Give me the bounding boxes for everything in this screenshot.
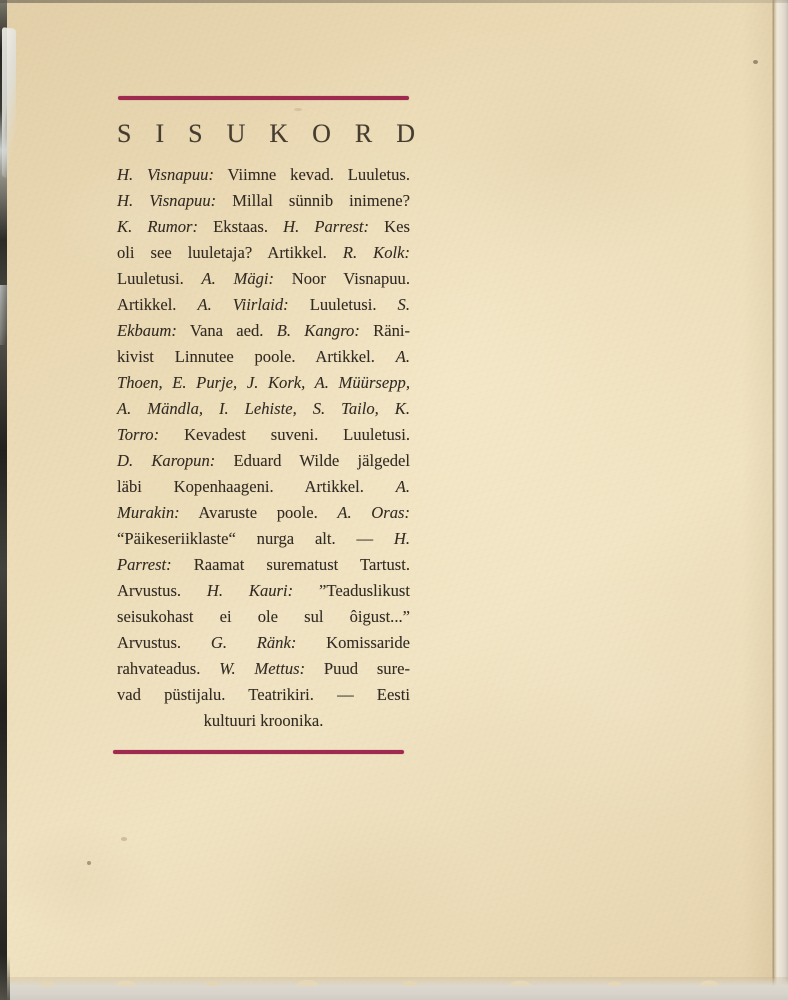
toc-line: Arvustus. G. Ränk: Komissaride: [117, 630, 410, 656]
toc-line: vad püstijalu. Teatrikiri. — Eesti: [117, 682, 410, 708]
entry-text: Millal sünnib inimene?: [216, 191, 410, 210]
page-title: SISUKORD: [117, 119, 437, 149]
author-name: D. Karopun:: [117, 451, 215, 470]
page-edge-line: [772, 0, 774, 1000]
entry-text: Eduard Wilde jälgedel: [215, 451, 410, 470]
author-name: Ekbaum:: [117, 321, 177, 340]
scan-edge-right: [773, 0, 788, 1000]
paper-speck: [753, 60, 758, 64]
author-name: A.: [396, 477, 410, 496]
author-name: H.: [394, 529, 410, 548]
paper-speck: [121, 837, 127, 841]
entry-text: Arvustus.: [117, 581, 207, 600]
author-name: G. Ränk:: [211, 633, 297, 652]
author-name: A. Mägi:: [202, 269, 275, 288]
entry-text: Raamat surematust Tartust.: [172, 555, 410, 574]
toc-line: Murakin: Avaruste poole. A. Oras:: [117, 500, 410, 526]
entry-text: Puud sure-: [305, 659, 410, 678]
author-name: R. Kolk:: [343, 243, 410, 262]
author-name: Murakin:: [117, 503, 180, 522]
toc-line: kultuuri kroonika.: [117, 708, 410, 734]
toc-line: D. Karopun: Eduard Wilde jälgedel: [117, 448, 410, 474]
toc-line: Thoen, E. Purje, J. Kork, A. Müürsepp,: [117, 370, 410, 396]
entry-text: kultuuri kroonika.: [204, 711, 324, 730]
scan-corner-shadow: [0, 940, 10, 1000]
entry-text: läbi Kopenhaageni. Artikkel.: [117, 477, 396, 496]
entry-text: Avaruste poole.: [180, 503, 338, 522]
entry-text: rahvateadus.: [117, 659, 219, 678]
scan-edge-top: [0, 0, 788, 3]
paper-speck: [87, 861, 91, 865]
author-name: A.: [396, 347, 410, 366]
author-name: H. Visnapuu:: [117, 191, 216, 210]
toc-line: Artikkel. A. Viirlaid: Luuletusi. S.: [117, 292, 410, 318]
toc-line: seisukohast ei ole sul ôigust...”: [117, 604, 410, 630]
author-name: K. Rumor:: [117, 217, 198, 236]
toc-line: “Päikeseriiklaste“ nurga alt. — H.: [117, 526, 410, 552]
entry-text: Räni-: [360, 321, 410, 340]
toc-line: läbi Kopenhaageni. Artikkel. A.: [117, 474, 410, 500]
toc-line: kivist Linnutee poole. Artikkel. A.: [117, 344, 410, 370]
entry-text: ”Teaduslikust: [293, 581, 410, 600]
entry-text: seisukohast ei ole sul ôigust...”: [117, 607, 410, 626]
entry-text: Luuletusi.: [117, 269, 202, 288]
author-name: W. Mettus:: [219, 659, 305, 678]
entry-text: Kes: [369, 217, 410, 236]
entry-text: oli see luuletaja? Artikkel.: [117, 243, 343, 262]
toc-line: Ekbaum: Vana aed. B. Kangro: Räni-: [117, 318, 410, 344]
entry-text: Arvustus.: [117, 633, 211, 652]
entry-text: Viimne kevad. Luuletus.: [214, 165, 410, 184]
entry-text: Noor Visnapuu.: [274, 269, 410, 288]
torn-paper-sliver-small: [0, 285, 8, 345]
author-name: H. Parrest:: [283, 217, 369, 236]
author-name: S.: [398, 295, 410, 314]
entry-text: Artikkel.: [117, 295, 197, 314]
toc-line: Torro: Kevadest suveni. Luuletusi.: [117, 422, 410, 448]
entry-text: “Päikeseriiklaste“ nurga alt. —: [117, 529, 394, 548]
top-ornamental-rule: [118, 96, 409, 100]
entry-text: Kevadest suveni. Luuletusi.: [159, 425, 410, 444]
author-name: A. Oras:: [337, 503, 410, 522]
deckle-edge: [0, 974, 788, 986]
toc-line: H. Visnapuu: Millal sünnib inimene?: [117, 188, 410, 214]
author-name: Thoen, E. Purje, J. Kork, A. Müürsepp,: [117, 373, 410, 392]
toc-line: Parrest: Raamat surematust Tartust.: [117, 552, 410, 578]
entry-text: Ekstaas.: [198, 217, 283, 236]
toc-line: Arvustus. H. Kauri: ”Teaduslikust: [117, 578, 410, 604]
entry-text: Luuletusi.: [289, 295, 398, 314]
author-name: A. Mändla, I. Lehiste, S. Tailo, K.: [117, 399, 410, 418]
toc-line: K. Rumor: Ekstaas. H. Parrest: Kes: [117, 214, 410, 240]
toc-line: rahvateadus. W. Mettus: Puud sure-: [117, 656, 410, 682]
author-name: Torro:: [117, 425, 159, 444]
author-name: Parrest:: [117, 555, 172, 574]
table-of-contents: H. Visnapuu: Viimne kevad. Luuletus.H. V…: [117, 162, 410, 734]
bottom-ornamental-rule: [113, 750, 404, 754]
author-name: A. Viirlaid:: [197, 295, 288, 314]
entry-text: vad püstijalu. Teatrikiri. — Eesti: [117, 685, 410, 704]
author-name: H. Visnapuu:: [117, 165, 214, 184]
entry-text: Vana aed.: [177, 321, 277, 340]
entry-text: kivist Linnutee poole. Artikkel.: [117, 347, 396, 366]
toc-line: H. Visnapuu: Viimne kevad. Luuletus.: [117, 162, 410, 188]
entry-text: Komissaride: [296, 633, 410, 652]
toc-line: Luuletusi. A. Mägi: Noor Visnapuu.: [117, 266, 410, 292]
toc-line: A. Mändla, I. Lehiste, S. Tailo, K.: [117, 396, 410, 422]
author-name: B. Kangro:: [277, 321, 360, 340]
author-name: H. Kauri:: [207, 581, 293, 600]
toc-line: oli see luuletaja? Artikkel. R. Kolk:: [117, 240, 410, 266]
torn-paper-sliver: [2, 27, 16, 179]
scanned-book-page: { "page": { "heading": "SISUKORD", "lang…: [0, 0, 788, 1000]
paper-speck: [294, 108, 302, 111]
